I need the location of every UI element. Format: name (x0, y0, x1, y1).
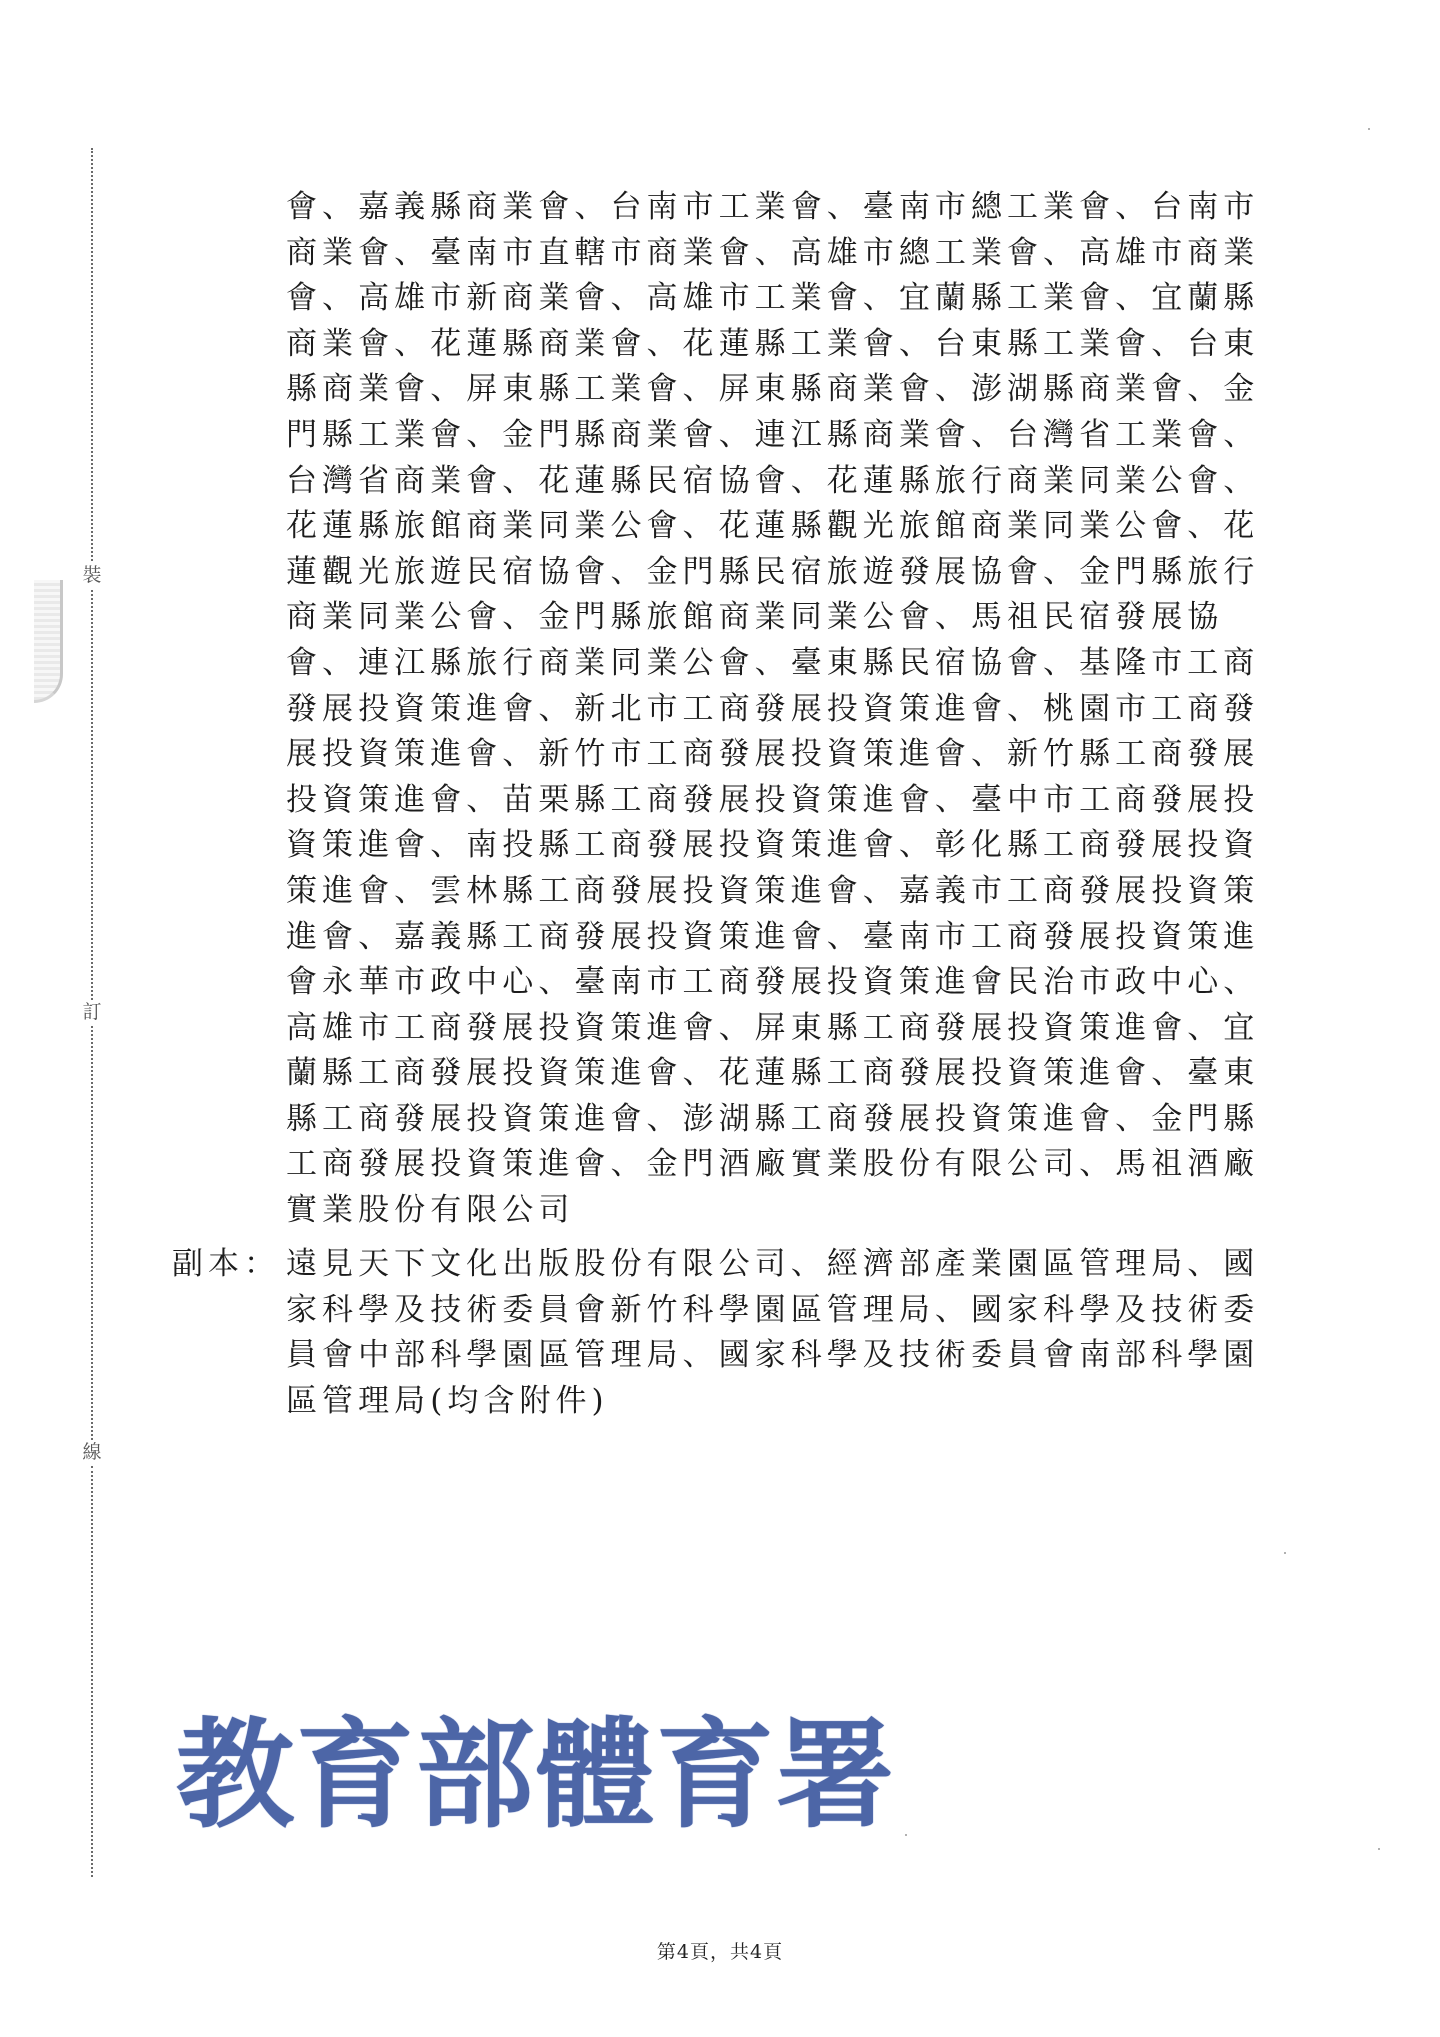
binding-label-ding: 訂 (80, 1000, 104, 1024)
recipient-line: 蘭縣工商發展投資策進會、花蓮縣工商發展投資策進會、臺東 (286, 1051, 1276, 1097)
recipient-line: 商業會、臺南市直轄市商業會、高雄市總工業會、高雄市商業 (286, 231, 1276, 277)
carbon-copy-list: 遠見天下文化出版股份有限公司、經濟部產業園區管理局、國 家科學及技術委員會新竹科… (286, 1242, 1276, 1424)
agency-seal-stamp: 教育部體育署 (176, 1700, 896, 1850)
recipient-line: 縣商業會、屏東縣工業會、屏東縣商業會、澎湖縣商業會、金 (286, 367, 1276, 413)
recipient-line: 工商發展投資策進會、金門酒廠實業股份有限公司、馬祖酒廠 (286, 1142, 1276, 1188)
recipient-list: 會、嘉義縣商業會、台南市工業會、臺南市總工業會、台南市 商業會、臺南市直轄市商業… (286, 185, 1276, 1234)
binding-label-xian: 線 (80, 1440, 104, 1464)
scan-speck (905, 1834, 907, 1836)
recipient-line: 高雄市工商發展投資策進會、屏東縣工商發展投資策進會、宜 (286, 1006, 1276, 1052)
recipient-line: 縣工商發展投資策進會、澎湖縣工商發展投資策進會、金門縣 (286, 1097, 1276, 1143)
scan-speck (1284, 1552, 1286, 1554)
binding-label-zhuang: 裝 (80, 563, 104, 587)
recipient-line: 進會、嘉義縣工商發展投資策進會、臺南市工商發展投資策進 (286, 915, 1276, 961)
recipient-line: 花蓮縣旅館商業同業公會、花蓮縣觀光旅館商業同業公會、花 (286, 504, 1276, 550)
binding-line-middle-2 (91, 1026, 93, 1440)
page-indicator: 第4頁，共4頁 (0, 1937, 1440, 1964)
binding-line-top (91, 148, 93, 568)
recipient-line: 商業會、花蓮縣商業會、花蓮縣工業會、台東縣工業會、台東 (286, 322, 1276, 368)
recipient-line: 門縣工業會、金門縣商業會、連江縣商業會、台灣省工業會、 (286, 413, 1276, 459)
recipient-line: 商業同業公會、金門縣旅館商業同業公會、馬祖民宿發展協 (286, 595, 1276, 641)
carbon-copy-line: 遠見天下文化出版股份有限公司、經濟部產業園區管理局、國 (286, 1242, 1276, 1288)
punch-hole-shadow (34, 580, 63, 703)
recipient-line: 會永華市政中心、臺南市工商發展投資策進會民治市政中心、 (286, 960, 1276, 1006)
recipient-line: 台灣省商業會、花蓮縣民宿協會、花蓮縣旅行商業同業公會、 (286, 459, 1276, 505)
carbon-copy-line: 區管理局(均含附件) (286, 1379, 1276, 1425)
recipient-line: 會、高雄市新商業會、高雄市工業會、宜蘭縣工業會、宜蘭縣 (286, 276, 1276, 322)
recipient-line: 實業股份有限公司 (286, 1188, 1276, 1234)
binding-line-bottom (91, 1466, 93, 1877)
recipient-line: 會、嘉義縣商業會、台南市工業會、臺南市總工業會、台南市 (286, 185, 1276, 231)
scan-speck (1368, 128, 1370, 130)
recipient-line: 資策進會、南投縣工商發展投資策進會、彰化縣工商發展投資 (286, 823, 1276, 869)
recipient-line: 會、連江縣旅行商業同業公會、臺東縣民宿協會、基隆市工商 (286, 641, 1276, 687)
recipient-line: 蓮觀光旅遊民宿協會、金門縣民宿旅遊發展協會、金門縣旅行 (286, 550, 1276, 596)
recipient-line: 策進會、雲林縣工商發展投資策進會、嘉義市工商發展投資策 (286, 869, 1276, 915)
carbon-copy-label: 副本： (172, 1242, 286, 1424)
carbon-copy-section: 副本： 遠見天下文化出版股份有限公司、經濟部產業園區管理局、國 家科學及技術委員… (172, 1242, 1282, 1424)
binding-line-middle-1 (91, 590, 93, 1000)
scan-speck (1378, 1848, 1380, 1850)
carbon-copy-line: 員會中部科學園區管理局、國家科學及技術委員會南部科學園 (286, 1333, 1276, 1379)
recipient-line: 投資策進會、苗栗縣工商發展投資策進會、臺中市工商發展投 (286, 778, 1276, 824)
recipient-line: 發展投資策進會、新北市工商發展投資策進會、桃園市工商發 (286, 687, 1276, 733)
carbon-copy-line: 家科學及技術委員會新竹科學園區管理局、國家科學及技術委 (286, 1288, 1276, 1334)
recipient-line: 展投資策進會、新竹市工商發展投資策進會、新竹縣工商發展 (286, 732, 1276, 778)
